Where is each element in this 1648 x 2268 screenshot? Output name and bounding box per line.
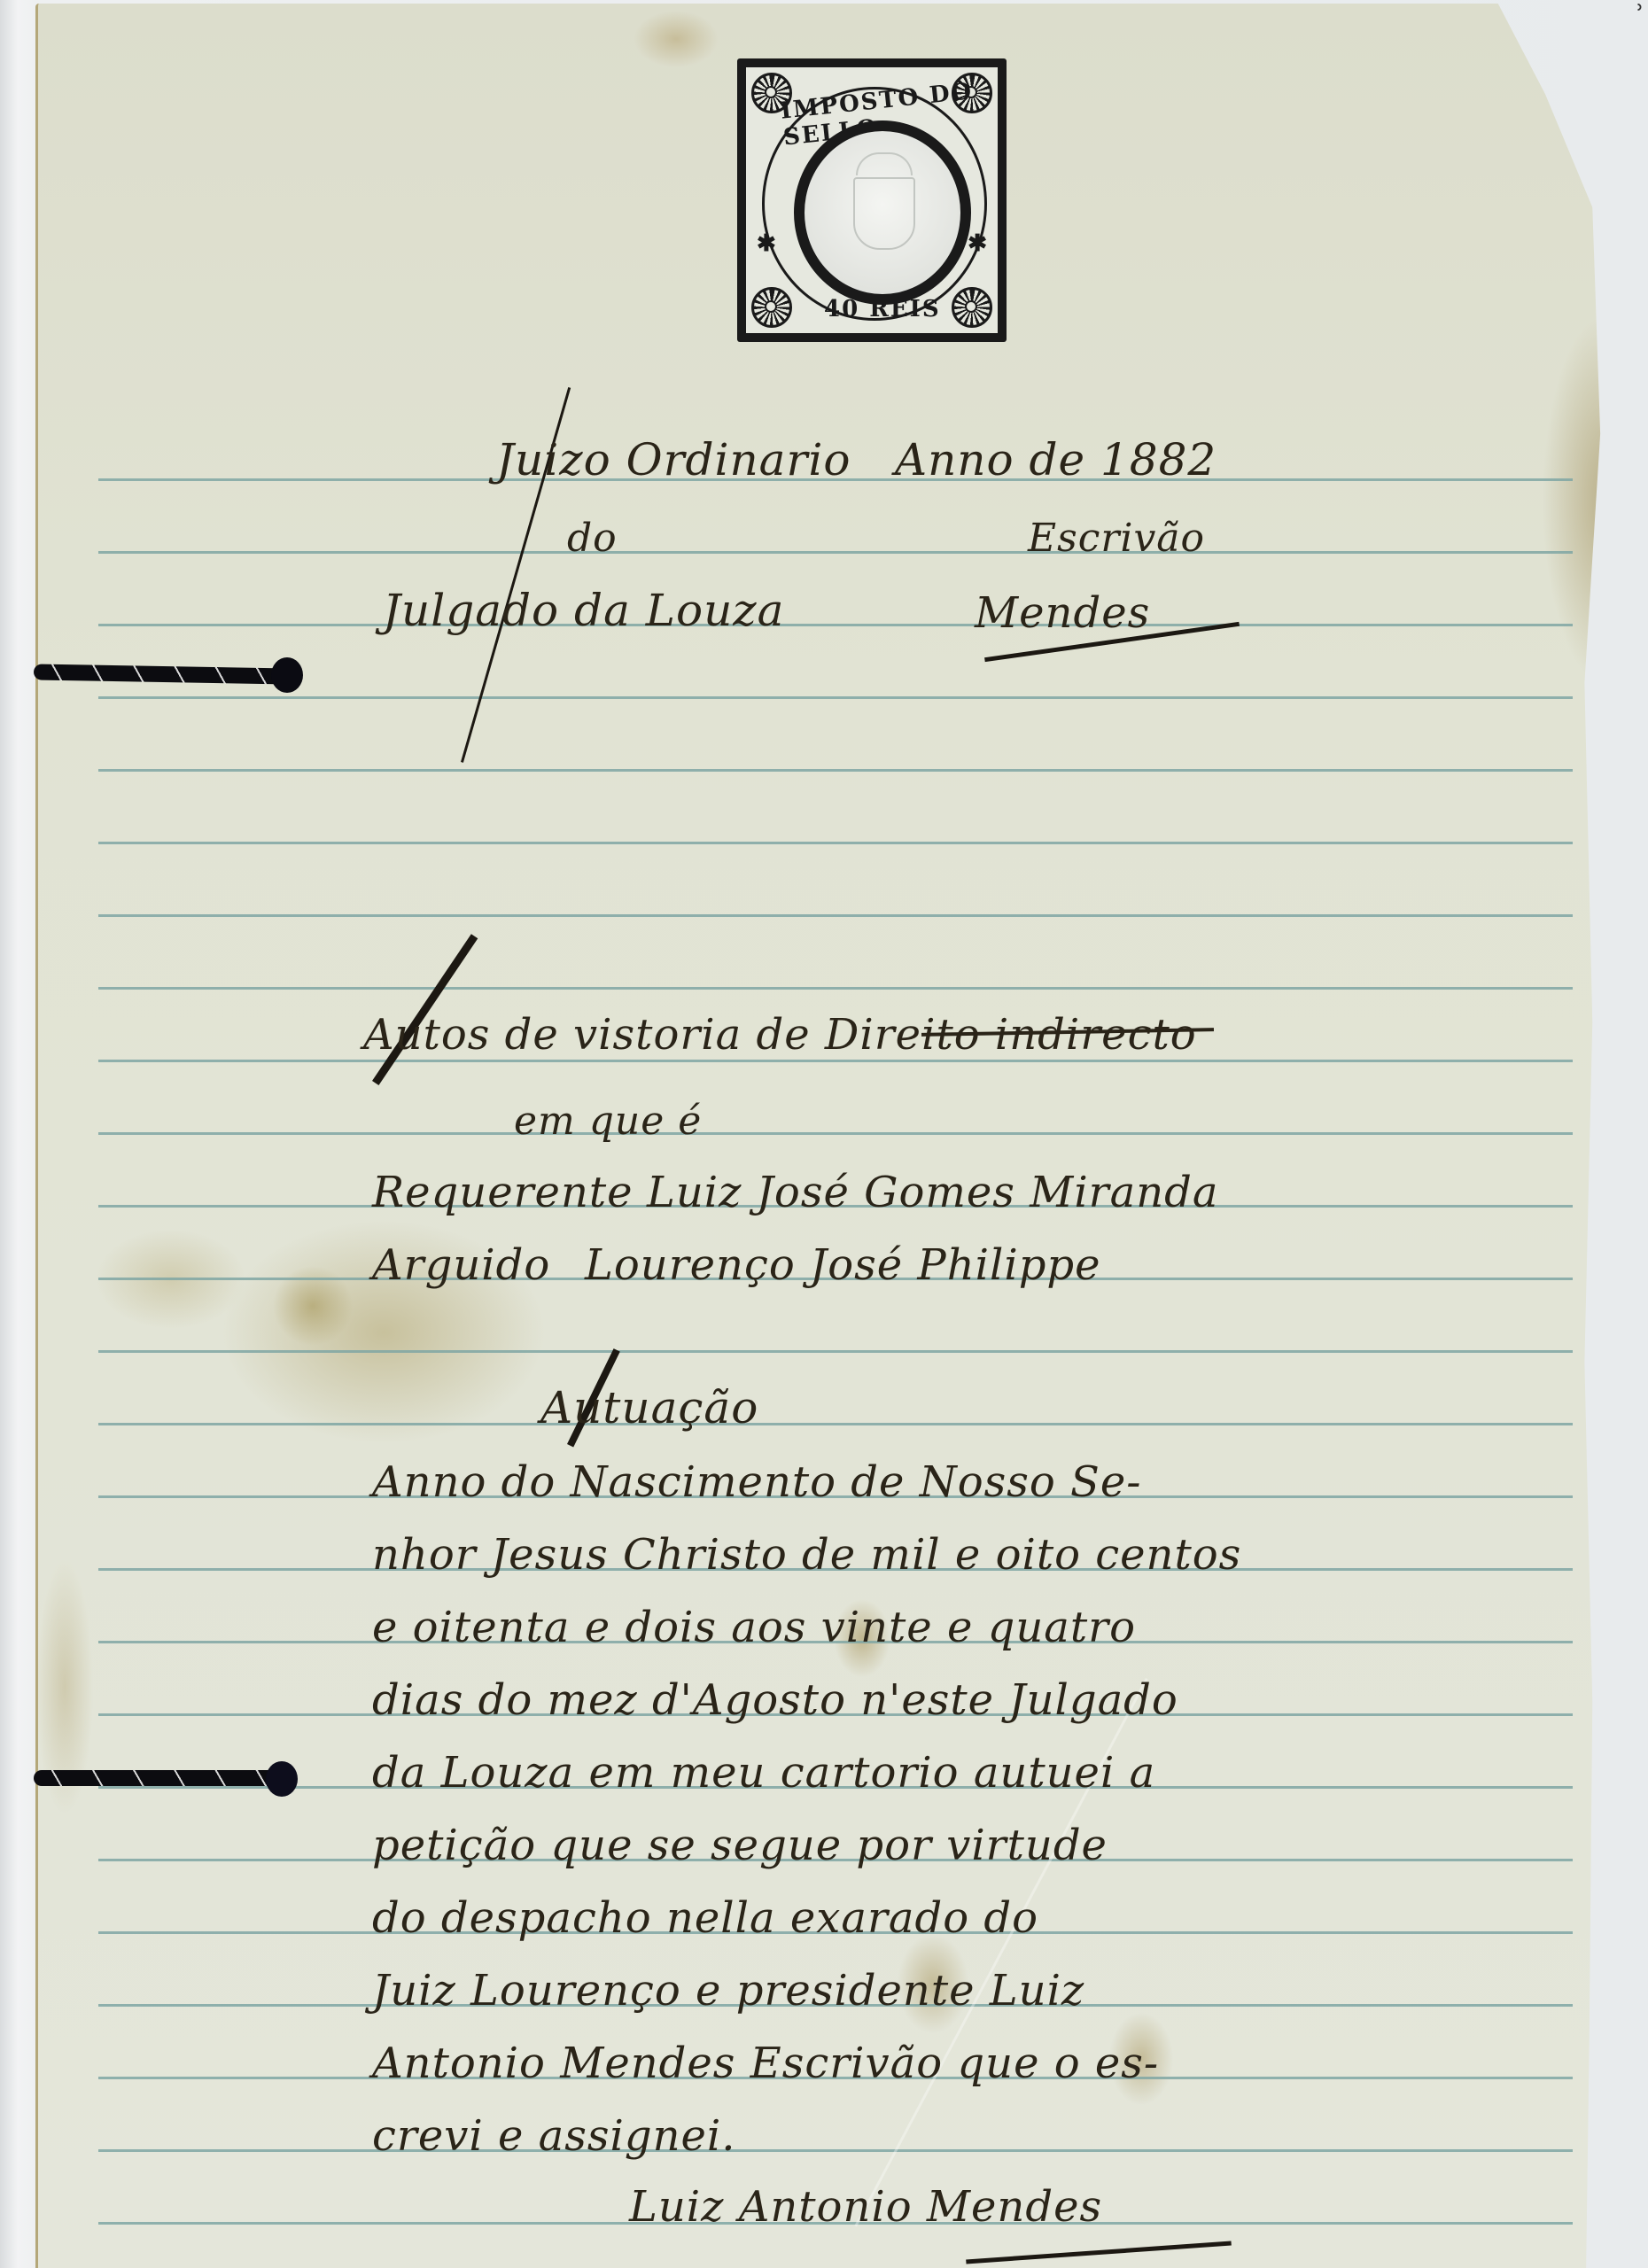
- arguido-name: Lourenço José Philippe: [585, 1240, 1101, 1290]
- clerk-title: Escrivão: [1028, 516, 1205, 561]
- rosette-ornament-icon: [751, 287, 792, 328]
- clerk-signature: Luiz Antonio Mendes: [629, 2182, 1102, 2232]
- court-connector: do: [567, 516, 618, 561]
- crown-icon: [856, 152, 913, 175]
- embossed-seal: [794, 120, 971, 305]
- corner-mark: ʾ: [1636, 0, 1644, 31]
- tax-stamp: ✱ ✱ IMPOSTO DO SELLO 40 REIS: [737, 58, 1007, 342]
- requerente-name: Luiz José Gomes Miranda: [647, 1168, 1219, 1217]
- body-line: e oitenta e dois aos vinte e quatro: [372, 1603, 1136, 1652]
- stamp-value-text: 40 REIS: [824, 296, 941, 322]
- stamp-frame: ✱ ✱ IMPOSTO DO SELLO 40 REIS: [746, 67, 998, 333]
- jurisdiction-name: Julgado da Louza: [383, 585, 784, 636]
- body-line: dias do mez d'Agosto n'este Julgado: [372, 1675, 1178, 1725]
- body-line: Anno do Nascimento de Nosso Se-: [372, 1457, 1142, 1507]
- body-line: do despacho nella exarado do: [372, 1893, 1038, 1943]
- body-line: crevi e assignei.: [372, 2111, 736, 2161]
- body-line: nhor Jesus Christo de mil e oito centos: [372, 1530, 1241, 1580]
- rosette-ornament-icon: [952, 287, 992, 328]
- clerk-name: Mendes: [975, 588, 1150, 638]
- court-name: Juizo Ordinario: [496, 434, 851, 485]
- body-line: Juiz Lourenço e presidente Luiz: [372, 1966, 1084, 2016]
- case-title: Autos de vistoria de Direito indirecto: [363, 1010, 1197, 1060]
- body-line: Antonio Mendes Escrivão que o es-: [372, 2039, 1159, 2088]
- arguido-label: Arguido: [372, 1240, 550, 1290]
- autuacao-heading: Autuação: [540, 1382, 758, 1433]
- body-line: petição que se segue por virtude: [372, 1821, 1108, 1870]
- coat-of-arms-icon: [853, 177, 915, 250]
- requerente-label: Requerente: [372, 1168, 634, 1217]
- year-label: Anno de 1882: [895, 434, 1217, 485]
- body-line: da Louza em meu cartorio autuei a: [372, 1748, 1155, 1798]
- case-title-connector: em que é: [514, 1099, 702, 1144]
